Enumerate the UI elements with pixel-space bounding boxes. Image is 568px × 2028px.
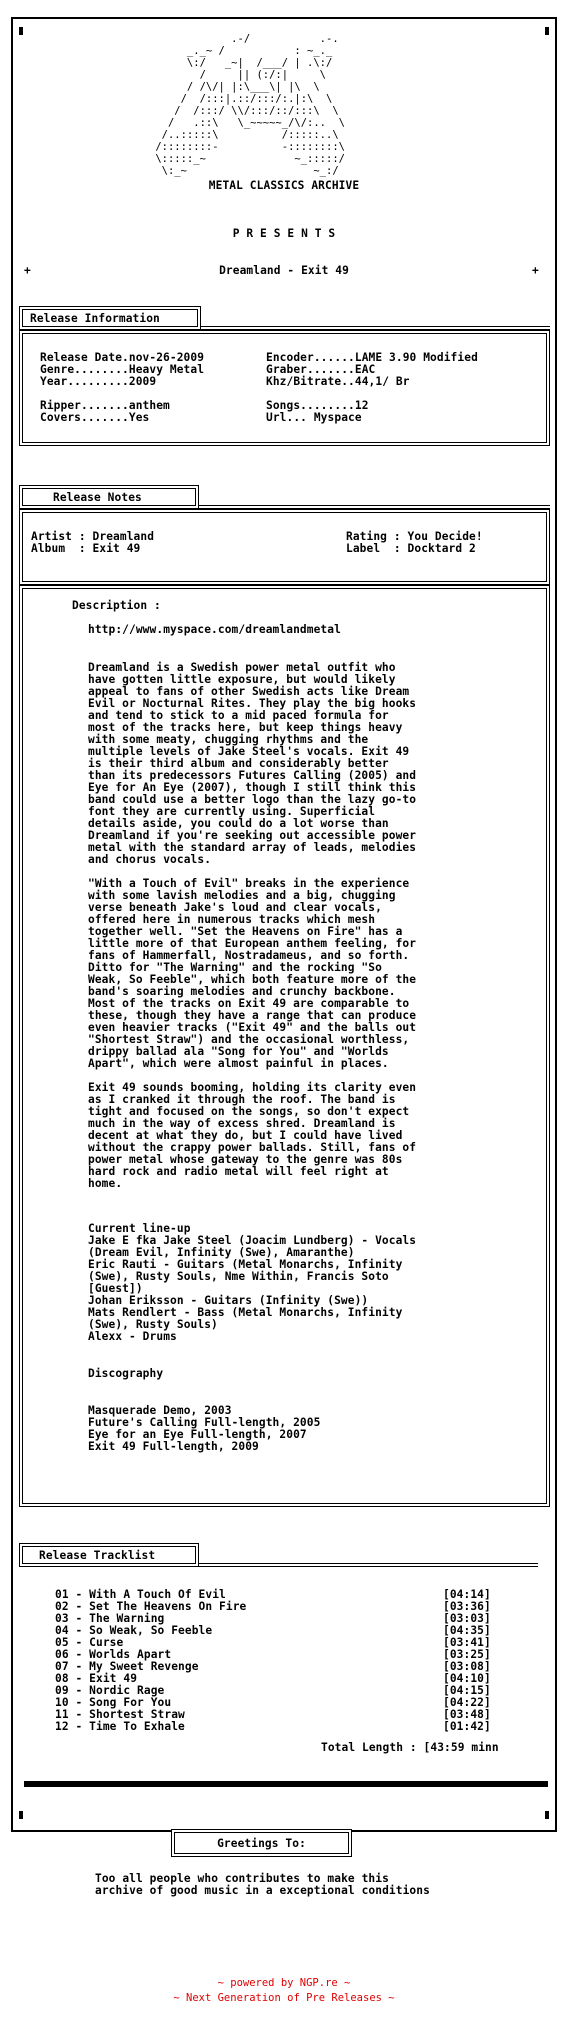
release-information-tab: Release Information <box>19 306 201 330</box>
description-label: Description : <box>72 600 161 612</box>
total-length: Total Length : [43:59 minn <box>321 1742 499 1754</box>
discography-title: Discography <box>88 1368 163 1380</box>
corner-marker <box>545 27 549 35</box>
metal-classics-archive-logo: .-/ .-. _._~ / : ~_._ \:/ _~| /___/ | .\… <box>149 33 345 177</box>
plus-marker: + <box>532 265 539 277</box>
release-title: Dreamland - Exit 49 <box>0 265 568 277</box>
footer-tagline: ~ Next Generation of Pre Releases ~ <box>0 1990 568 2006</box>
release-info-left-column: Release Date.nov-26-2009 Genre........He… <box>40 352 204 424</box>
footer-powered-by: ~ powered by NGP.re ~ <box>0 1975 568 1991</box>
separator-bar <box>24 1781 548 1787</box>
corner-marker <box>19 27 23 35</box>
greetings-box: Greetings To: <box>171 1829 352 1857</box>
band-url[interactable]: http://www.myspace.com/dreamlandmetal <box>88 624 341 636</box>
plus-marker: + <box>24 265 31 277</box>
release-tracklist-tab: Release Tracklist <box>19 1543 199 1567</box>
label-line: Label : Docktard 2 <box>346 543 476 555</box>
divider <box>198 1563 538 1567</box>
track-length: [01:42] <box>443 1721 491 1733</box>
release-info-right-column: Encoder......LAME 3.90 Modified Graber..… <box>266 352 478 424</box>
release-tracklist-tab-label: Release Tracklist <box>23 1547 195 1562</box>
corner-marker <box>19 1811 23 1819</box>
greetings-text: Too all people who contributes to make t… <box>95 1873 430 1897</box>
site-name: METAL CLASSICS ARCHIVE <box>0 180 568 192</box>
discography-list: Masquerade Demo, 2003 Future's Calling F… <box>88 1405 320 1453</box>
release-notes-tab: Release Notes <box>19 485 199 509</box>
release-information-tab-label: Release Information <box>23 310 197 325</box>
greetings-title: Greetings To: <box>175 1833 348 1850</box>
presents-heading: P R E S E N T S <box>0 228 568 240</box>
tracklist: 01 - With A Touch Of Evil[04:14]02 - Set… <box>55 1589 505 1733</box>
release-notes-tab-label: Release Notes <box>23 489 195 504</box>
track-row: 12 - Time To Exhale[01:42] <box>55 1721 505 1733</box>
lineup-list: Jake E fka Jake Steel (Joacim Lundberg) … <box>88 1235 416 1343</box>
album-line: Album : Exit 49 <box>31 543 140 555</box>
corner-marker <box>545 1811 549 1819</box>
track-title: 12 - Time To Exhale <box>55 1720 185 1733</box>
description-body: Dreamland is a Swedish power metal outfi… <box>88 662 416 1190</box>
